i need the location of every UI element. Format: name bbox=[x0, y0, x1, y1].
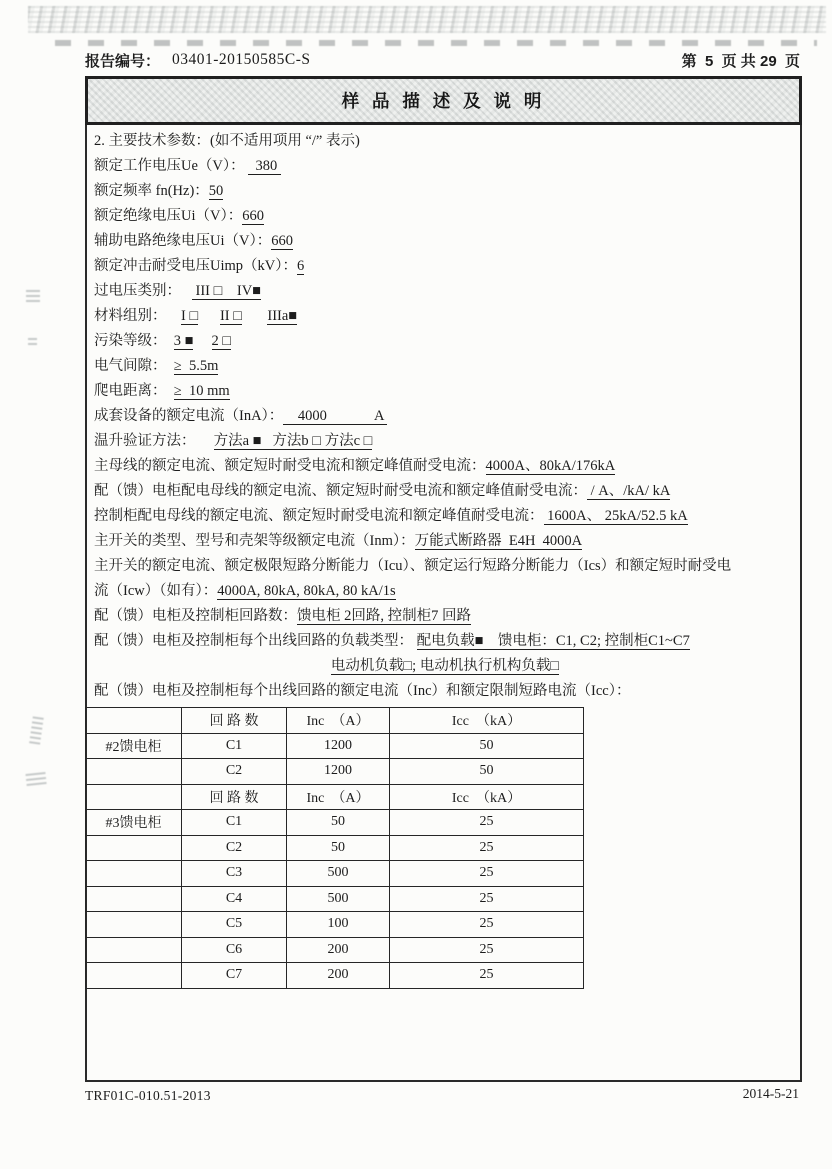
table-cell: C4 bbox=[182, 886, 287, 912]
param-line: 污染等级： 3 ■ 2 □ bbox=[94, 329, 796, 354]
table-cell: Inc （A） bbox=[287, 784, 390, 810]
table-cell: 25 bbox=[390, 937, 584, 963]
param-line: 配（馈）电柜配电母线的额定电流、额定短时耐受电流和额定峰值耐受电流： / A、/… bbox=[94, 479, 796, 504]
table-cell: 100 bbox=[287, 912, 390, 938]
param-text: 流（Icw）（如有）： bbox=[94, 583, 217, 599]
table-cell bbox=[86, 937, 182, 963]
document-page: 报告编号： 03401-20150585C-S 第 5 页 共 29 页 样 品… bbox=[0, 0, 832, 1169]
table-row: C620025 bbox=[86, 937, 584, 963]
table-row: C450025 bbox=[86, 886, 584, 912]
param-line: 主开关的额定电流、额定极限短路分断能力（Icu）、额定运行短路分断能力（Ics）… bbox=[94, 554, 796, 579]
param-line: 过电压类别： III □ IV■ bbox=[94, 279, 796, 304]
param-line: 材料组别： I □ II □ IIIa■ bbox=[94, 304, 796, 329]
table-cell bbox=[86, 886, 182, 912]
table-cell: Icc （kA） bbox=[390, 784, 584, 810]
param-value-underlined: 6 bbox=[297, 258, 304, 275]
param-value-underlined: III □ IV■ bbox=[192, 283, 261, 300]
footer-date: 2014-5-21 bbox=[743, 1086, 799, 1102]
table-cell bbox=[86, 912, 182, 938]
table-cell: C1 bbox=[182, 733, 287, 759]
param-text: 过电压类别： bbox=[94, 283, 192, 299]
param-text: 额定频率 fn(Hz)： bbox=[94, 183, 209, 199]
content-box: 2. 主要技术参数：(如不适用项用 “/” 表示)额定工作电压Ue（V）： 38… bbox=[85, 125, 802, 1082]
table-cell: 25 bbox=[390, 886, 584, 912]
param-value-underlined: 馈电柜 2回路, 控制柜7 回路 bbox=[297, 608, 471, 625]
scan-artifact bbox=[26, 288, 40, 302]
param-text: 爬电距离： bbox=[94, 383, 174, 399]
param-value-underlined: IIIa■ bbox=[267, 308, 297, 325]
param-text: 温升验证方法： bbox=[94, 433, 214, 449]
param-line: 电动机负载□; 电动机执行机构负载□ bbox=[94, 654, 796, 679]
table-cell: 50 bbox=[287, 810, 390, 836]
param-line: 主母线的额定电流、额定短时耐受电流和额定峰值耐受电流：4000A、80kA/17… bbox=[94, 454, 796, 479]
table-cell: 25 bbox=[390, 912, 584, 938]
table-row: C350025 bbox=[86, 861, 584, 887]
param-value-underlined: II □ bbox=[220, 308, 242, 325]
table-row: #3馈电柜C15025 bbox=[86, 810, 584, 836]
param-text: 辅助电路绝缘电压Ui（V）： bbox=[94, 233, 271, 249]
param-value-underlined: ≥ 10 mm bbox=[174, 383, 230, 400]
param-line: 配（馈）电柜及控制柜每个出线回路的负载类型： 配电负载■ 馈电柜：C1, C2;… bbox=[94, 629, 796, 654]
table-row: 回 路 数Inc （A）Icc （kA） bbox=[86, 708, 584, 734]
param-value-underlined: 660 bbox=[271, 233, 293, 250]
param-text: 配（馈）电柜及控制柜每个出线回路的额定电流（Inc）和额定限制短路电流（Icc）… bbox=[94, 683, 630, 699]
circuit-table: 回 路 数Inc （A）Icc （kA）#2馈电柜C1120050C212005… bbox=[85, 707, 584, 989]
table-cell: C3 bbox=[182, 861, 287, 887]
param-value-underlined: 方法a ■ 方法b □ 方法c □ bbox=[214, 433, 373, 450]
param-text: 额定工作电压Ue（V）： bbox=[94, 158, 248, 174]
table-cell: #2馈电柜 bbox=[86, 733, 182, 759]
circuit-table-body: 回 路 数Inc （A）Icc （kA）#2馈电柜C1120050C212005… bbox=[86, 708, 584, 989]
param-text: 主母线的额定电流、额定短时耐受电流和额定峰值耐受电流： bbox=[94, 458, 486, 474]
table-cell: 25 bbox=[390, 963, 584, 989]
param-value-underlined: 380 bbox=[248, 158, 281, 175]
table-cell bbox=[86, 963, 182, 989]
table-cell: 25 bbox=[390, 810, 584, 836]
table-cell: 200 bbox=[287, 937, 390, 963]
param-value-underlined: 660 bbox=[242, 208, 264, 225]
param-value-underlined: ≥ 5.5m bbox=[174, 358, 219, 375]
table-cell: 1200 bbox=[287, 733, 390, 759]
table-cell: 50 bbox=[390, 733, 584, 759]
table-cell: 200 bbox=[287, 963, 390, 989]
table-cell: 25 bbox=[390, 835, 584, 861]
param-line: 额定工作电压Ue（V）： 380 bbox=[94, 154, 796, 179]
param-text: 控制柜配电母线的额定电流、额定短时耐受电流和额定峰值耐受电流： bbox=[94, 508, 544, 524]
table-cell: 25 bbox=[390, 861, 584, 887]
param-value-underlined: 4000A、80kA/176kA bbox=[486, 458, 616, 475]
table-cell bbox=[86, 861, 182, 887]
param-line: 额定绝缘电压Ui（V）：660 bbox=[94, 204, 796, 229]
table-cell: 50 bbox=[287, 835, 390, 861]
table-cell bbox=[86, 784, 182, 810]
param-line: 额定频率 fn(Hz)：50 bbox=[94, 179, 796, 204]
param-line: 配（馈）电柜及控制柜回路数：馈电柜 2回路, 控制柜7 回路 bbox=[94, 604, 796, 629]
param-text: 主开关的额定电流、额定极限短路分断能力（Icu）、额定运行短路分断能力（Ics）… bbox=[94, 558, 731, 574]
param-value-underlined: / A、/kA/ kA bbox=[587, 483, 670, 500]
param-value-underlined: 4000A, 80kA, 80kA, 80 kA/1s bbox=[217, 583, 395, 600]
table-cell: 50 bbox=[390, 759, 584, 785]
table-cell: Inc （A） bbox=[287, 708, 390, 734]
table-cell bbox=[86, 835, 182, 861]
param-value-underlined: 50 bbox=[209, 183, 224, 200]
param-value-underlined: 2 □ bbox=[212, 333, 232, 350]
param-text: 额定绝缘电压Ui（V）： bbox=[94, 208, 242, 224]
page-number-info: 第 5 页 共 29 页 bbox=[682, 50, 800, 71]
param-line: 成套设备的额定电流（InA）： 4000 A bbox=[94, 404, 796, 429]
table-row: C25025 bbox=[86, 835, 584, 861]
param-line: 爬电距离： ≥ 10 mm bbox=[94, 379, 796, 404]
scanner-noise-dashes bbox=[55, 40, 817, 46]
table-row: C2120050 bbox=[86, 759, 584, 785]
scan-artifact bbox=[25, 771, 46, 786]
page-title: 样 品 描 述 及 说 明 bbox=[342, 88, 546, 113]
param-text bbox=[198, 308, 220, 324]
param-text: 额定冲击耐受电压Uimp（kV）： bbox=[94, 258, 297, 274]
param-text: 污染等级： bbox=[94, 333, 174, 349]
table-cell: Icc （kA） bbox=[390, 708, 584, 734]
param-text: 配（馈）电柜及控制柜每个出线回路的负载类型： bbox=[94, 633, 417, 649]
table-row: C510025 bbox=[86, 912, 584, 938]
table-cell bbox=[86, 708, 182, 734]
param-line: 2. 主要技术参数：(如不适用项用 “/” 表示) bbox=[94, 129, 796, 154]
param-value-underlined: 3 ■ bbox=[174, 333, 194, 350]
title-box: 样 品 描 述 及 说 明 bbox=[85, 76, 802, 125]
param-text: 电气间隙： bbox=[94, 358, 174, 374]
param-text: 材料组别： bbox=[94, 308, 181, 324]
table-cell bbox=[86, 759, 182, 785]
footer-form-code: TRF01C-010.51-2013 bbox=[85, 1088, 211, 1104]
param-line: 额定冲击耐受电压Uimp（kV）：6 bbox=[94, 254, 796, 279]
param-text bbox=[242, 308, 267, 324]
table-row: C720025 bbox=[86, 963, 584, 989]
param-line: 流（Icw）（如有）：4000A, 80kA, 80kA, 80 kA/1s bbox=[94, 579, 796, 604]
param-text bbox=[193, 333, 211, 349]
table-row: #2馈电柜C1120050 bbox=[86, 733, 584, 759]
param-text: 配（馈）电柜配电母线的额定电流、额定短时耐受电流和额定峰值耐受电流： bbox=[94, 483, 587, 499]
param-value-underlined: 配电负载■ 馈电柜：C1, C2; 控制柜C1~C7 bbox=[417, 633, 690, 650]
table-cell: C6 bbox=[182, 937, 287, 963]
param-line: 温升验证方法： 方法a ■ 方法b □ 方法c □ bbox=[94, 429, 796, 454]
table-cell: #3馈电柜 bbox=[86, 810, 182, 836]
table-cell: 500 bbox=[287, 886, 390, 912]
param-text: 主开关的类型、型号和壳架等级额定电流（Inm）： bbox=[94, 533, 415, 549]
table-cell: C1 bbox=[182, 810, 287, 836]
table-cell: C5 bbox=[182, 912, 287, 938]
param-lines: 2. 主要技术参数：(如不适用项用 “/” 表示)额定工作电压Ue（V）： 38… bbox=[87, 125, 800, 704]
param-line: 主开关的类型、型号和壳架等级额定电流（Inm）：万能式断路器 E4H 4000A bbox=[94, 529, 796, 554]
report-no-label: 报告编号： bbox=[85, 50, 160, 71]
param-line: 电气间隙： ≥ 5.5m bbox=[94, 354, 796, 379]
param-value-underlined: 1600A、 25kA/52.5 kA bbox=[544, 508, 688, 525]
table-cell: C2 bbox=[182, 835, 287, 861]
param-text: 2. 主要技术参数：(如不适用项用 “/” 表示) bbox=[94, 133, 360, 149]
scanner-noise-band bbox=[28, 6, 826, 33]
table-cell: 1200 bbox=[287, 759, 390, 785]
param-value-underlined: 电动机负载□; 电动机执行机构负载□ bbox=[331, 658, 559, 675]
table-cell: 回 路 数 bbox=[182, 784, 287, 810]
param-value-underlined: I □ bbox=[181, 308, 198, 325]
param-text: 配（馈）电柜及控制柜回路数： bbox=[94, 608, 297, 624]
scan-artifact bbox=[29, 715, 44, 744]
param-line: 控制柜配电母线的额定电流、额定短时耐受电流和额定峰值耐受电流： 1600A、 2… bbox=[94, 504, 796, 529]
table-cell: 500 bbox=[287, 861, 390, 887]
scan-artifact bbox=[28, 336, 37, 345]
param-line: 辅助电路绝缘电压Ui（V）：660 bbox=[94, 229, 796, 254]
table-cell: C2 bbox=[182, 759, 287, 785]
param-text: 成套设备的额定电流（InA）： bbox=[94, 408, 283, 424]
table-row: 回 路 数Inc （A）Icc （kA） bbox=[86, 784, 584, 810]
table-cell: C7 bbox=[182, 963, 287, 989]
table-cell: 回 路 数 bbox=[182, 708, 287, 734]
param-value-underlined: 万能式断路器 E4H 4000A bbox=[415, 533, 583, 550]
param-value-underlined: 4000 A bbox=[283, 408, 387, 425]
param-line: 配（馈）电柜及控制柜每个出线回路的额定电流（Inc）和额定限制短路电流（Icc）… bbox=[94, 679, 796, 704]
report-no-value: 03401-20150585C-S bbox=[172, 51, 311, 69]
